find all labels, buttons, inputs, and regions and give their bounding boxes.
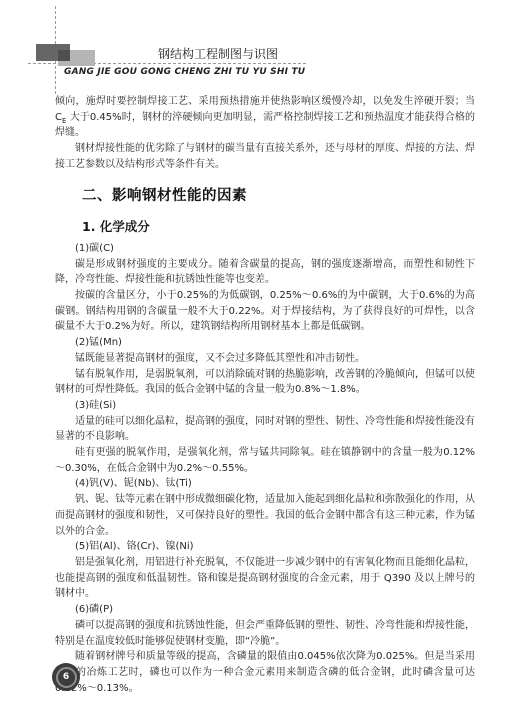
section-heading: 二、影响钢材性能的因素 [82, 189, 475, 205]
subsection-heading: 1. 化学成分 [82, 219, 475, 235]
paragraph: 按碳的含量区分，小于0.25%的为低碳钢，0.25%～0.6%的为中碳钢，大于0… [55, 288, 475, 335]
paragraph: (2)锰(Mn) [55, 335, 475, 351]
paragraph: 锰有脱氧作用，是弱脱氧剂，可以消除硫对钢的热脆影响，改善钢的冷脆倾向，但锰可以使… [55, 367, 475, 398]
paragraph: 钢材焊接性能的优劣除了与钢材的碳当量有直接关系外，还与母材的厚度、焊接的方法、焊… [55, 141, 475, 172]
paragraph: 钒、铌、钛等元素在钢中形成微细碳化物，适量加入能起到细化晶粒和弥散强化的作用，从… [55, 492, 475, 539]
paragraph: (4)钒(V)、铌(Nb)、钛(Ti) [55, 476, 475, 492]
header-square-overlap-decoration [58, 50, 70, 61]
paragraph: 倾向，施焊时要控制焊接工艺、采用预热措施并使热影响区缓慢冷却，以免发生淬硬开裂；… [55, 94, 475, 141]
document-page: 钢结构工程制图与识图 GANG JIE GOU GONG CHENG ZHI T… [0, 0, 519, 707]
paragraph: (1)碳(C) [55, 241, 475, 257]
paragraph: 锰既能显著提高钢材的强度，又不会过多降低其塑性和冲击韧性。 [55, 351, 475, 367]
page-body: 倾向，施焊时要控制焊接工艺、采用预热措施并使热影响区缓慢冷却，以免发生淬硬开裂；… [55, 94, 475, 696]
paragraph: 硅有更强的脱氧作用，是强氧化剂，常与锰共同除氧。硅在镇静钢中的含量一般为0.12… [55, 445, 475, 476]
paragraph-text: 大于0.45%时，钢材的淬硬倾向更加明显，需严格控制焊接工艺和预热温度才能获得合… [55, 112, 475, 139]
paragraph: (3)硅(Si) [55, 398, 475, 414]
paragraph: 碳是形成钢材强度的主要成分。随着含碳量的提高，钢的强度逐渐增高，而塑性和韧性下降… [55, 257, 475, 288]
paragraph: (6)磷(P) [55, 602, 475, 618]
paragraph: 磷可以提高钢的强度和抗锈蚀性能，但会严重降低钢的塑性、韧性、冷弯性能和焊接性能，… [55, 618, 475, 649]
paragraph: 铝是强氧化剂，用铝进行补充脱氧，不仅能进一步减少钢中的有害氧化物而且能细化晶粒，… [55, 555, 475, 602]
page-number-badge: 6 [52, 663, 80, 691]
paragraph: (5)铝(Al)、铬(Cr)、镍(Ni) [55, 539, 475, 555]
paragraph: 随着钢材牌号和质量等级的提高，含磷量的限值由0.045%依次降为0.025%。但… [55, 649, 475, 696]
book-title-pinyin: GANG JIE GOU GONG CHENG ZHI TU YU SHI TU [64, 67, 305, 77]
page-number: 6 [56, 667, 77, 688]
book-title: 钢结构工程制图与识图 [158, 45, 268, 62]
paragraph: 适量的硅可以细化晶粒，提高钢的强度，同时对钢的塑性、韧性、冷弯性能和焊接性能没有… [55, 414, 475, 445]
